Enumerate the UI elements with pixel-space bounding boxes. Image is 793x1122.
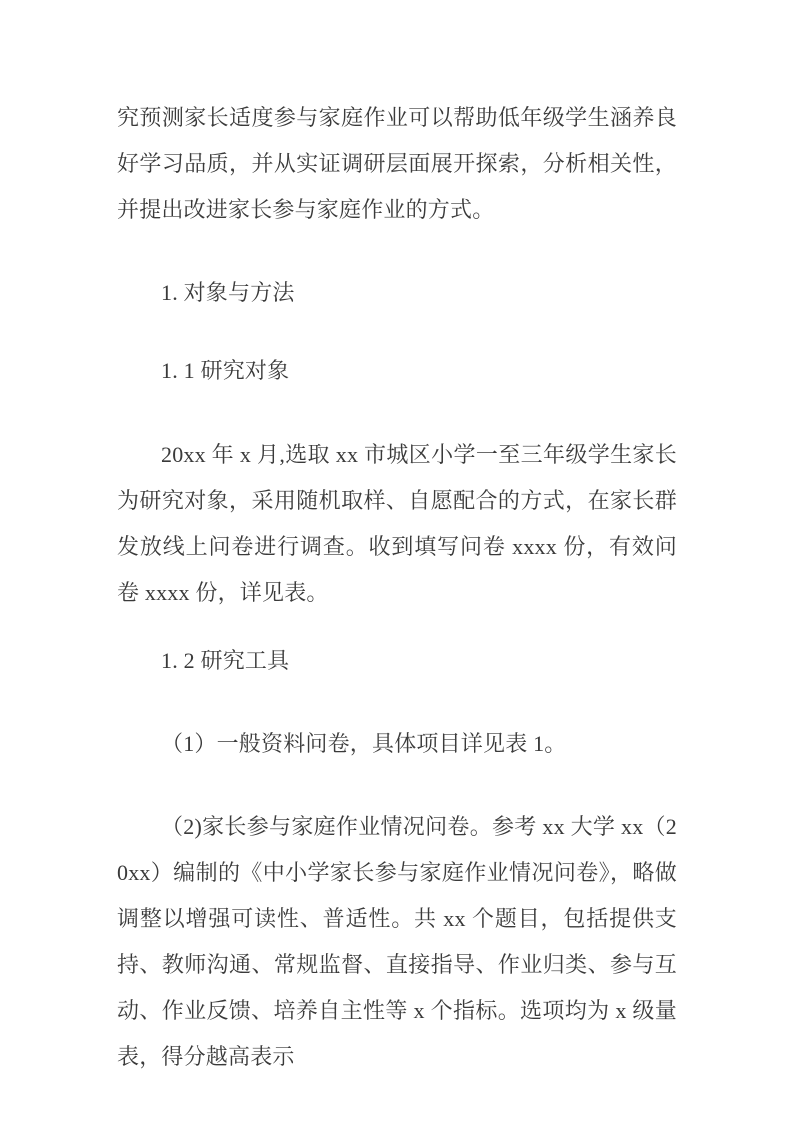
paragraph-tool-2-participation-questionnaire: （2)家长参与家庭作业情况问卷。参考 xx 大学 xx（20xx）编制的《中小学… [117,804,677,1080]
paragraph-tool-1-general-questionnaire: （1）一般资料问卷，具体项目详见表 1。 [117,721,677,767]
paragraph-research-subjects: 20xx 年 x 月,选取 xx 市城区小学一至三年级学生家长为研究对象，采用随… [117,432,677,616]
section-heading-objects-and-methods: 1. 对象与方法 [117,270,677,316]
document-page: 究预测家长适度参与家庭作业可以帮助低年级学生涵养良好学习品质，并从实证调研层面展… [0,0,793,1122]
paragraph-continuation: 究预测家长适度参与家庭作业可以帮助低年级学生涵养良好学习品质，并从实证调研层面展… [117,95,677,233]
subsection-heading-research-tools: 1. 2 研究工具 [117,638,677,684]
subsection-heading-research-subjects: 1. 1 研究对象 [117,348,677,394]
